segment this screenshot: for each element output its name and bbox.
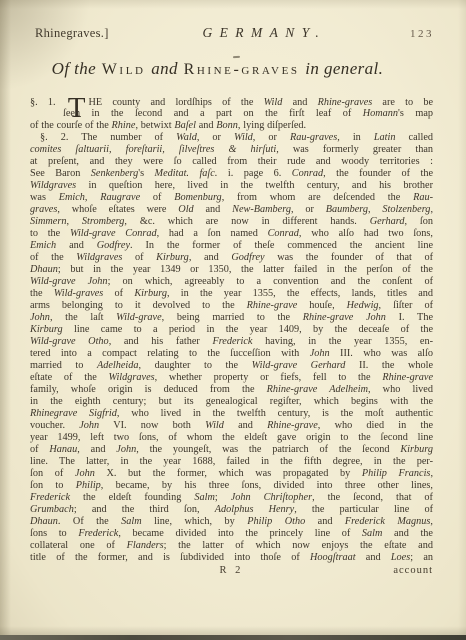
text-segment: of <box>103 288 134 299</box>
text-segment: , <box>430 204 433 215</box>
text-segment: arms belonging to it devolved to the <box>30 300 247 311</box>
text-segment: Hedwig <box>347 300 379 311</box>
text-segment: Senkenberg <box>91 168 138 179</box>
text-segment: Rhine <box>112 120 136 131</box>
text-line: Simmern, Stromberg, &c. which are now in… <box>30 216 433 228</box>
text-line: Grumbach; and the third ſon, Adolphus He… <box>30 504 433 516</box>
text-segment: Godfrey <box>97 240 130 251</box>
text-segment: Frederick <box>30 492 70 503</box>
text-segment: Kirburg <box>30 324 63 335</box>
text-segment: ſon of <box>30 468 75 479</box>
text-segment: Conrad <box>292 168 323 179</box>
section-title: Of the Wild and Rhine-graves in general. <box>30 56 433 82</box>
text-segment: and <box>147 59 183 78</box>
text-segment: , who alſo had two ſons, <box>299 228 433 239</box>
text-segment: Salm <box>362 528 383 539</box>
text-segment: Wild <box>264 97 283 108</box>
text-line: Wildgraves in queſtion here, lived in th… <box>30 180 433 192</box>
text-segment: , the ſecond, that of <box>312 492 433 503</box>
text-segment: Bomenburg <box>174 192 221 203</box>
text-segment: Wild-grave <box>116 312 162 323</box>
text-segment: , being married to the <box>162 312 303 323</box>
text-segment: , or <box>197 132 234 143</box>
text-line: ſon of John X. but the former, which was… <box>30 468 433 480</box>
text-line: voucher. John VI. now both Wild and Rhin… <box>30 420 433 432</box>
text-segment: ; <box>215 492 231 503</box>
text-segment: Rhine-grave <box>382 372 433 383</box>
text-line: §. 1. THE county and lordſhips of the Wi… <box>30 96 433 108</box>
text-segment: Stromberg <box>82 216 125 227</box>
text-segment: line, which, by <box>142 516 248 527</box>
text-segment: Wildgraves <box>30 180 76 191</box>
text-segment: Wildgraves <box>108 372 154 383</box>
text-segment: , and <box>77 444 116 455</box>
text-segment: called <box>396 132 434 143</box>
text-segment: year 1499, left two ſons, of whom the el… <box>30 432 433 443</box>
text-segment: ſeen in the ſecond and a part on the fir… <box>63 108 363 119</box>
text-segment: , in the year 1355, the effects, lands, … <box>167 288 433 299</box>
text-line: to the Wild-grave Conrad, had a ſon name… <box>30 228 433 240</box>
text-segment: line came to a period in the year 1409, … <box>63 324 433 335</box>
text-line: §. 2. The number of Wald, or Wild, or Ra… <box>30 132 433 144</box>
text-segment: Rhinegrave Sigfrid <box>30 408 117 419</box>
text-line: year 1499, left two ſons, of whom the el… <box>30 432 433 444</box>
page-header: Rhinegraves.] GERMANY. 123 <box>35 25 434 41</box>
signature-mark: R 2 <box>220 565 244 576</box>
text-line: married to Adelheida, daughter to the Wi… <box>30 360 433 372</box>
running-title-center: GERMANY. <box>109 25 410 41</box>
text-line: Dhaun. Of the Salm line, which, by Phili… <box>30 516 433 528</box>
text-segment: Rhine-grave John <box>303 312 386 323</box>
text-segment: to the <box>30 228 70 239</box>
text-segment: , and his father <box>109 336 213 347</box>
text-segment: Philip Otho <box>247 516 305 527</box>
text-segment: , &c. which are now in different hands. <box>124 216 369 227</box>
text-line: graves, whoſe eſtates were Old and New-B… <box>30 204 433 216</box>
text-segment: , <box>430 516 433 527</box>
text-segment: Rhine-grave <box>267 420 318 431</box>
text-segment: Emich <box>30 240 56 251</box>
text-line: Frederick the eldeſt founding Salm; John… <box>30 492 433 504</box>
text-segment: houſe, <box>297 300 346 311</box>
text-line: the Wild-graves of Kirburg, in the year … <box>30 288 433 300</box>
text-segment: voucher. <box>30 420 79 431</box>
text-line: John, the laſt Wild-grave, being married… <box>30 312 433 324</box>
text-segment: Rau- <box>413 192 433 203</box>
text-line: of the Wildgraves of Kirburg, and Godfre… <box>30 252 433 264</box>
text-segment: Godfrey <box>231 252 264 263</box>
text-segment: and <box>224 420 267 431</box>
text-segment: II. the whole <box>345 360 433 371</box>
text-segment: 's map <box>398 108 433 119</box>
page-footer: R 2 account <box>30 565 433 579</box>
text-segment: III. who was alſo <box>330 348 433 359</box>
drop-cap: T <box>68 92 86 124</box>
text-segment: married to <box>30 360 97 371</box>
text-segment: John <box>30 312 50 323</box>
text-line: of the courſe of the Rhine, betwixt Baſe… <box>30 120 433 132</box>
text-segment: John <box>310 348 330 359</box>
text-segment: New-Bamberg <box>232 204 291 215</box>
text-segment: , from whom are deſcended the <box>222 192 413 203</box>
running-title-left: Rhinegraves.] <box>35 26 109 41</box>
text-segment: . In the former of theſe commenced the a… <box>130 240 433 251</box>
text-segment: , or <box>291 204 326 215</box>
text-segment: , betwixt <box>135 120 174 131</box>
text-segment: Latin <box>374 132 396 143</box>
text-segment: , <box>66 216 81 227</box>
text-segment: was <box>30 192 59 203</box>
text-segment: , who lived <box>368 384 433 395</box>
text-segment: , the laſt <box>50 312 116 323</box>
catchword: account <box>393 565 433 576</box>
text-line: ſeen in the ſecond and a part on the fir… <box>30 108 433 120</box>
text-segment: Adelheida <box>97 360 139 371</box>
text-segment: §. 1. <box>30 97 66 108</box>
text-segment: of <box>30 444 49 455</box>
text-segment: Frederick <box>78 528 118 539</box>
text-segment: line. The latter, in the year 1688, fail… <box>30 456 433 467</box>
text-segment: title of the former, and is ſubdivided i… <box>30 552 310 563</box>
text-segment: Adolphus Henry <box>215 504 294 515</box>
text-segment: are to be <box>372 97 433 108</box>
text-segment: Hanau <box>49 444 77 455</box>
page-number: 123 <box>410 28 434 40</box>
text-segment: of <box>140 192 174 203</box>
text-segment: , in <box>337 132 374 143</box>
text-segment: Raugrave <box>100 192 140 203</box>
text-segment: Wild <box>234 132 253 143</box>
text-segment: Wildgraves <box>76 252 122 263</box>
text-segment: Frederick <box>212 336 252 347</box>
text-segment: Homann <box>363 108 398 119</box>
text-line: at preſent, and they were ſo called from… <box>30 156 433 168</box>
text-segment: 's <box>138 168 154 179</box>
text-segment: collateral one of <box>30 540 127 551</box>
text-line: collateral one of Flanders; the latter o… <box>30 540 433 552</box>
text-segment: Frederick Magnus <box>345 516 431 527</box>
text-segment: Hoogſtraat <box>310 552 356 563</box>
text-segment: the eldeſt founding <box>70 492 194 503</box>
text-line: Wild-grave John; on which, agreeably to … <box>30 276 433 288</box>
text-segment: VI. now both <box>99 420 205 431</box>
text-segment: and <box>196 120 216 131</box>
text-line: Emich and Godfrey. In the former of theſ… <box>30 240 433 252</box>
text-line: eſtate of the Wildgraves, whether proper… <box>30 372 433 384</box>
text-segment: , became divided into the princely line … <box>118 528 362 539</box>
text-segment: Wild-grave John <box>30 276 108 287</box>
text-segment: tered into a compact relating to the ſuc… <box>30 348 310 359</box>
text-segment: in queſtion here, lived in the twelfth c… <box>76 180 433 191</box>
text-segment: at preſent, and they were ſo called from… <box>30 156 433 167</box>
text-segment: , who died in the <box>318 420 433 431</box>
text-segment: and <box>56 240 97 251</box>
text-segment: Emich <box>59 192 85 203</box>
text-segment: I. The <box>386 312 433 323</box>
book-page-scan: { "colors": {"paper": "#f2ecd3", "ink": … <box>0 0 466 640</box>
text-segment: ; but in the year 1349 or 1350, the latt… <box>58 264 433 275</box>
text-line: Kirburg line came to a period in the yea… <box>30 324 433 336</box>
text-segment: ſons to <box>30 528 78 539</box>
text-segment: X. but the former, which was propagated … <box>95 468 362 479</box>
text-segment: eſtate of the <box>30 372 108 383</box>
text-segment: the <box>30 288 54 299</box>
text-segment: , was formerly greater than <box>276 144 433 155</box>
text-line: ſons to Frederick, became divided into t… <box>30 528 433 540</box>
text-segment: comites ſaltuarii, foreſtarii, ſilveſtre… <box>30 144 276 155</box>
text-segment: , daughter to the <box>139 360 252 371</box>
text-segment: Rhine-grave Adelheim <box>267 384 368 395</box>
text-segment: John Chriſtopher <box>231 492 312 503</box>
text-line: comites ſaltuarii, foreſtarii, ſilveſtre… <box>30 144 433 156</box>
text-segment: family, whoſe origin is deduced from the <box>30 384 267 395</box>
text-segment: and <box>356 552 391 563</box>
text-segment: Flanders <box>127 540 164 551</box>
text-segment: , lying diſperſed. <box>238 120 306 131</box>
text-segment: Wild <box>102 61 146 78</box>
text-line: See Baron Senkenberg's Meditat. faſc. i.… <box>30 168 433 180</box>
text-segment: i. page 6. <box>217 168 291 179</box>
text-line: line. The latter, in the year 1688, fail… <box>30 456 433 468</box>
text-segment: Wild-grave Otho <box>30 336 109 347</box>
text-segment: , became, by his three ſons, divided int… <box>101 480 433 491</box>
text-line: of Hanau, and John, the youngeſt, was th… <box>30 444 433 456</box>
text-segment: §. 2. The number of <box>40 132 176 143</box>
text-segment: Rhine-grave <box>247 300 298 311</box>
text-segment: Wald <box>176 132 197 143</box>
text-segment: Gerhard <box>370 216 405 227</box>
text-line: family, whoſe origin is deduced from the… <box>30 384 433 396</box>
text-segment: Wild-grave Conrad <box>70 228 157 239</box>
text-line: Rhinegrave Sigfrid, who lived in the twe… <box>30 408 433 420</box>
text-segment: and <box>194 204 232 215</box>
text-segment: Rhine-graves <box>184 61 300 78</box>
body-text: §. 1. THE county and lordſhips of the Wi… <box>30 96 433 564</box>
text-segment: , <box>85 192 100 203</box>
text-segment: , ſiſter of <box>379 300 433 311</box>
text-segment: , the founder of the <box>323 168 433 179</box>
text-segment: ſon to <box>30 480 76 491</box>
text-segment: Wild <box>205 420 224 431</box>
text-segment: Kirburg <box>400 444 433 455</box>
text-segment: John <box>75 468 95 479</box>
text-segment: , whoſe eſtates were <box>57 204 178 215</box>
text-line: Wild-grave Otho, and his father Frederic… <box>30 336 433 348</box>
text-segment: , or <box>253 132 290 143</box>
text-segment: Wild-graves <box>54 288 104 299</box>
text-segment: Salm <box>194 492 215 503</box>
text-segment: Dhaun <box>30 264 58 275</box>
text-segment: Simmern <box>30 216 66 227</box>
text-segment: Conrad <box>268 228 299 239</box>
text-segment: HE county and lordſhips of the <box>89 97 264 108</box>
text-segment: Baſel <box>174 120 196 131</box>
text-segment: , the youngeſt, was the patriarch of the… <box>136 444 400 455</box>
text-segment: , the particular line of <box>294 504 433 515</box>
text-segment: ; on which, agreeably to a convention an… <box>108 276 433 287</box>
text-segment: in general. <box>301 59 384 78</box>
text-segment: Kirburg <box>156 252 189 263</box>
text-segment: and <box>282 97 317 108</box>
text-segment: Old <box>178 204 193 215</box>
text-segment: of <box>122 252 156 263</box>
text-segment: , ſon <box>404 216 433 227</box>
text-segment: Philip <box>76 480 101 491</box>
text-line: Dhaun; but in the year 1349 or 1350, the… <box>30 264 433 276</box>
bottom-scan-edge <box>0 635 466 640</box>
text-segment: , who lived in the twelfth century, is t… <box>117 408 433 419</box>
text-segment: graves <box>30 204 57 215</box>
text-segment: Wild-grave Gerhard <box>252 360 346 371</box>
text-segment: was the founder of that of <box>265 252 433 263</box>
text-line: was Emich, Raugrave of Bomenburg, from w… <box>30 192 433 204</box>
text-segment: in the eighth century; but its genealogi… <box>30 396 433 407</box>
text-segment: of the <box>30 252 76 263</box>
text-segment: Bonn <box>216 120 238 131</box>
text-segment: having, in the year 1355, en- <box>252 336 433 347</box>
text-segment: Rau-graves <box>290 132 337 143</box>
text-segment: , <box>368 204 382 215</box>
text-segment: Dhaun <box>30 516 58 527</box>
text-segment: and <box>305 516 345 527</box>
text-segment: Kirburg <box>134 288 167 299</box>
text-segment: See Baron <box>30 168 91 179</box>
text-segment: , <box>430 468 433 479</box>
text-segment: Rhine-graves <box>318 97 373 108</box>
text-segment: , whether property or fiefs, fell to the <box>155 372 383 383</box>
text-segment: ; and the third ſon, <box>74 504 215 515</box>
text-segment: , had a ſon named <box>157 228 268 239</box>
text-segment: Baumberg <box>326 204 368 215</box>
text-segment: John <box>116 444 136 455</box>
text-segment: Meditat. faſc. <box>155 168 218 179</box>
text-segment: Philip Francis <box>362 468 431 479</box>
text-segment: John <box>79 420 99 431</box>
text-line: ſon to Philip, became, by his three ſons… <box>30 480 433 492</box>
text-segment: Salm <box>121 516 142 527</box>
text-segment: Stolzenberg <box>382 204 430 215</box>
text-line: tered into a compact relating to the ſuc… <box>30 348 433 360</box>
text-segment: , and <box>189 252 232 263</box>
text-segment: ; an <box>410 552 433 563</box>
text-segment: and the <box>382 528 433 539</box>
text-segment: . Of the <box>58 516 121 527</box>
text-line: arms belonging to it devolved to the Rhi… <box>30 300 433 312</box>
text-segment: Grumbach <box>30 504 74 515</box>
text-segment: Of the <box>52 59 101 78</box>
text-segment: ; the latter of which now enjoys the eſt… <box>164 540 433 551</box>
text-segment: Loes <box>391 552 410 563</box>
text-line: in the eighth century; but its genealogi… <box>30 396 433 408</box>
text-line: title of the former, and is ſubdivided i… <box>30 552 433 564</box>
